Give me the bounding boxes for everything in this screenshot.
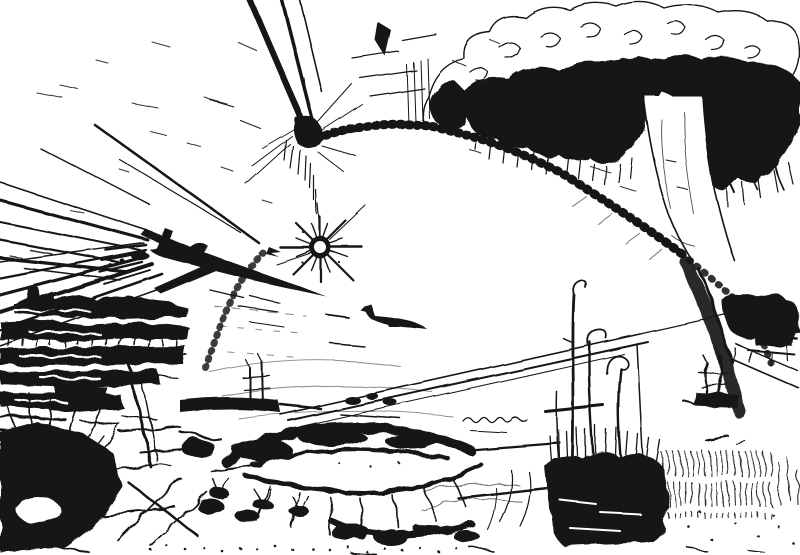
illustration-canvas xyxy=(0,0,800,555)
illustration xyxy=(0,0,800,555)
